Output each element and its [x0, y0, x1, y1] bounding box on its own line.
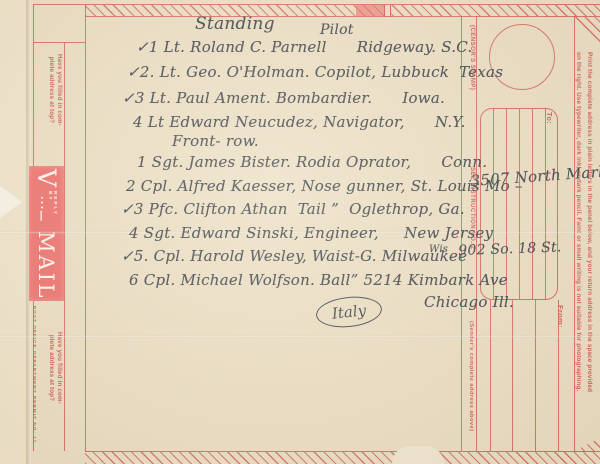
handwritten-line: 2 Cpl. Alfred Kaesser, Nose gunner, St. … [126, 177, 523, 195]
handwritten-line: Chicago Ill. [424, 293, 514, 311]
handwritten-line: ✓5. Cpl. Harold Wesley, Waist-G. Milwauk… [121, 247, 467, 265]
handwritten-line: ✓3 Pfc. Clifton Athan Tail ” Oglethrop, … [121, 200, 465, 218]
handwritten-line: Pilot [320, 22, 354, 38]
handwritten-line: 902 So. 18 St. [458, 239, 562, 259]
handwritten-line: Front- row. [172, 132, 259, 150]
handwritten-line: Standing [195, 14, 275, 34]
handwritten-line: 4 Lt Edward Neucudez, Navigator, N.Y. [133, 113, 466, 131]
vmail-form-sheet: Have you filled in com- plete address at… [0, 0, 600, 464]
country-note: Italy [331, 301, 367, 322]
handwritten-line: ✓2. Lt. Geo. O'Holman. Copilot, Lubbuck … [127, 63, 503, 81]
handwritten-line: 6 Cpl. Michael Wolfson. Ball” 5214 Kimba… [129, 271, 508, 289]
handwritten-line: Wis [429, 244, 448, 255]
handwritten-line: ✓3 Lt. Paul Ament. Bombardier. Iowa. [122, 89, 445, 107]
handwriting-layer: StandingPilot✓1 Lt. Roland C. Parnell Ri… [0, 0, 600, 464]
handwritten-line: 4 Sgt. Edward Sinski, Engineer, New Jers… [129, 224, 493, 242]
handwritten-line: ✓1 Lt. Roland C. Parnell Ridgeway. S.C. [136, 38, 472, 56]
handwritten-line: 1 Sgt. James Bister. Rodia Oprator, Conn… [137, 153, 487, 171]
handwritten-line: 3507 North Market [470, 161, 600, 190]
